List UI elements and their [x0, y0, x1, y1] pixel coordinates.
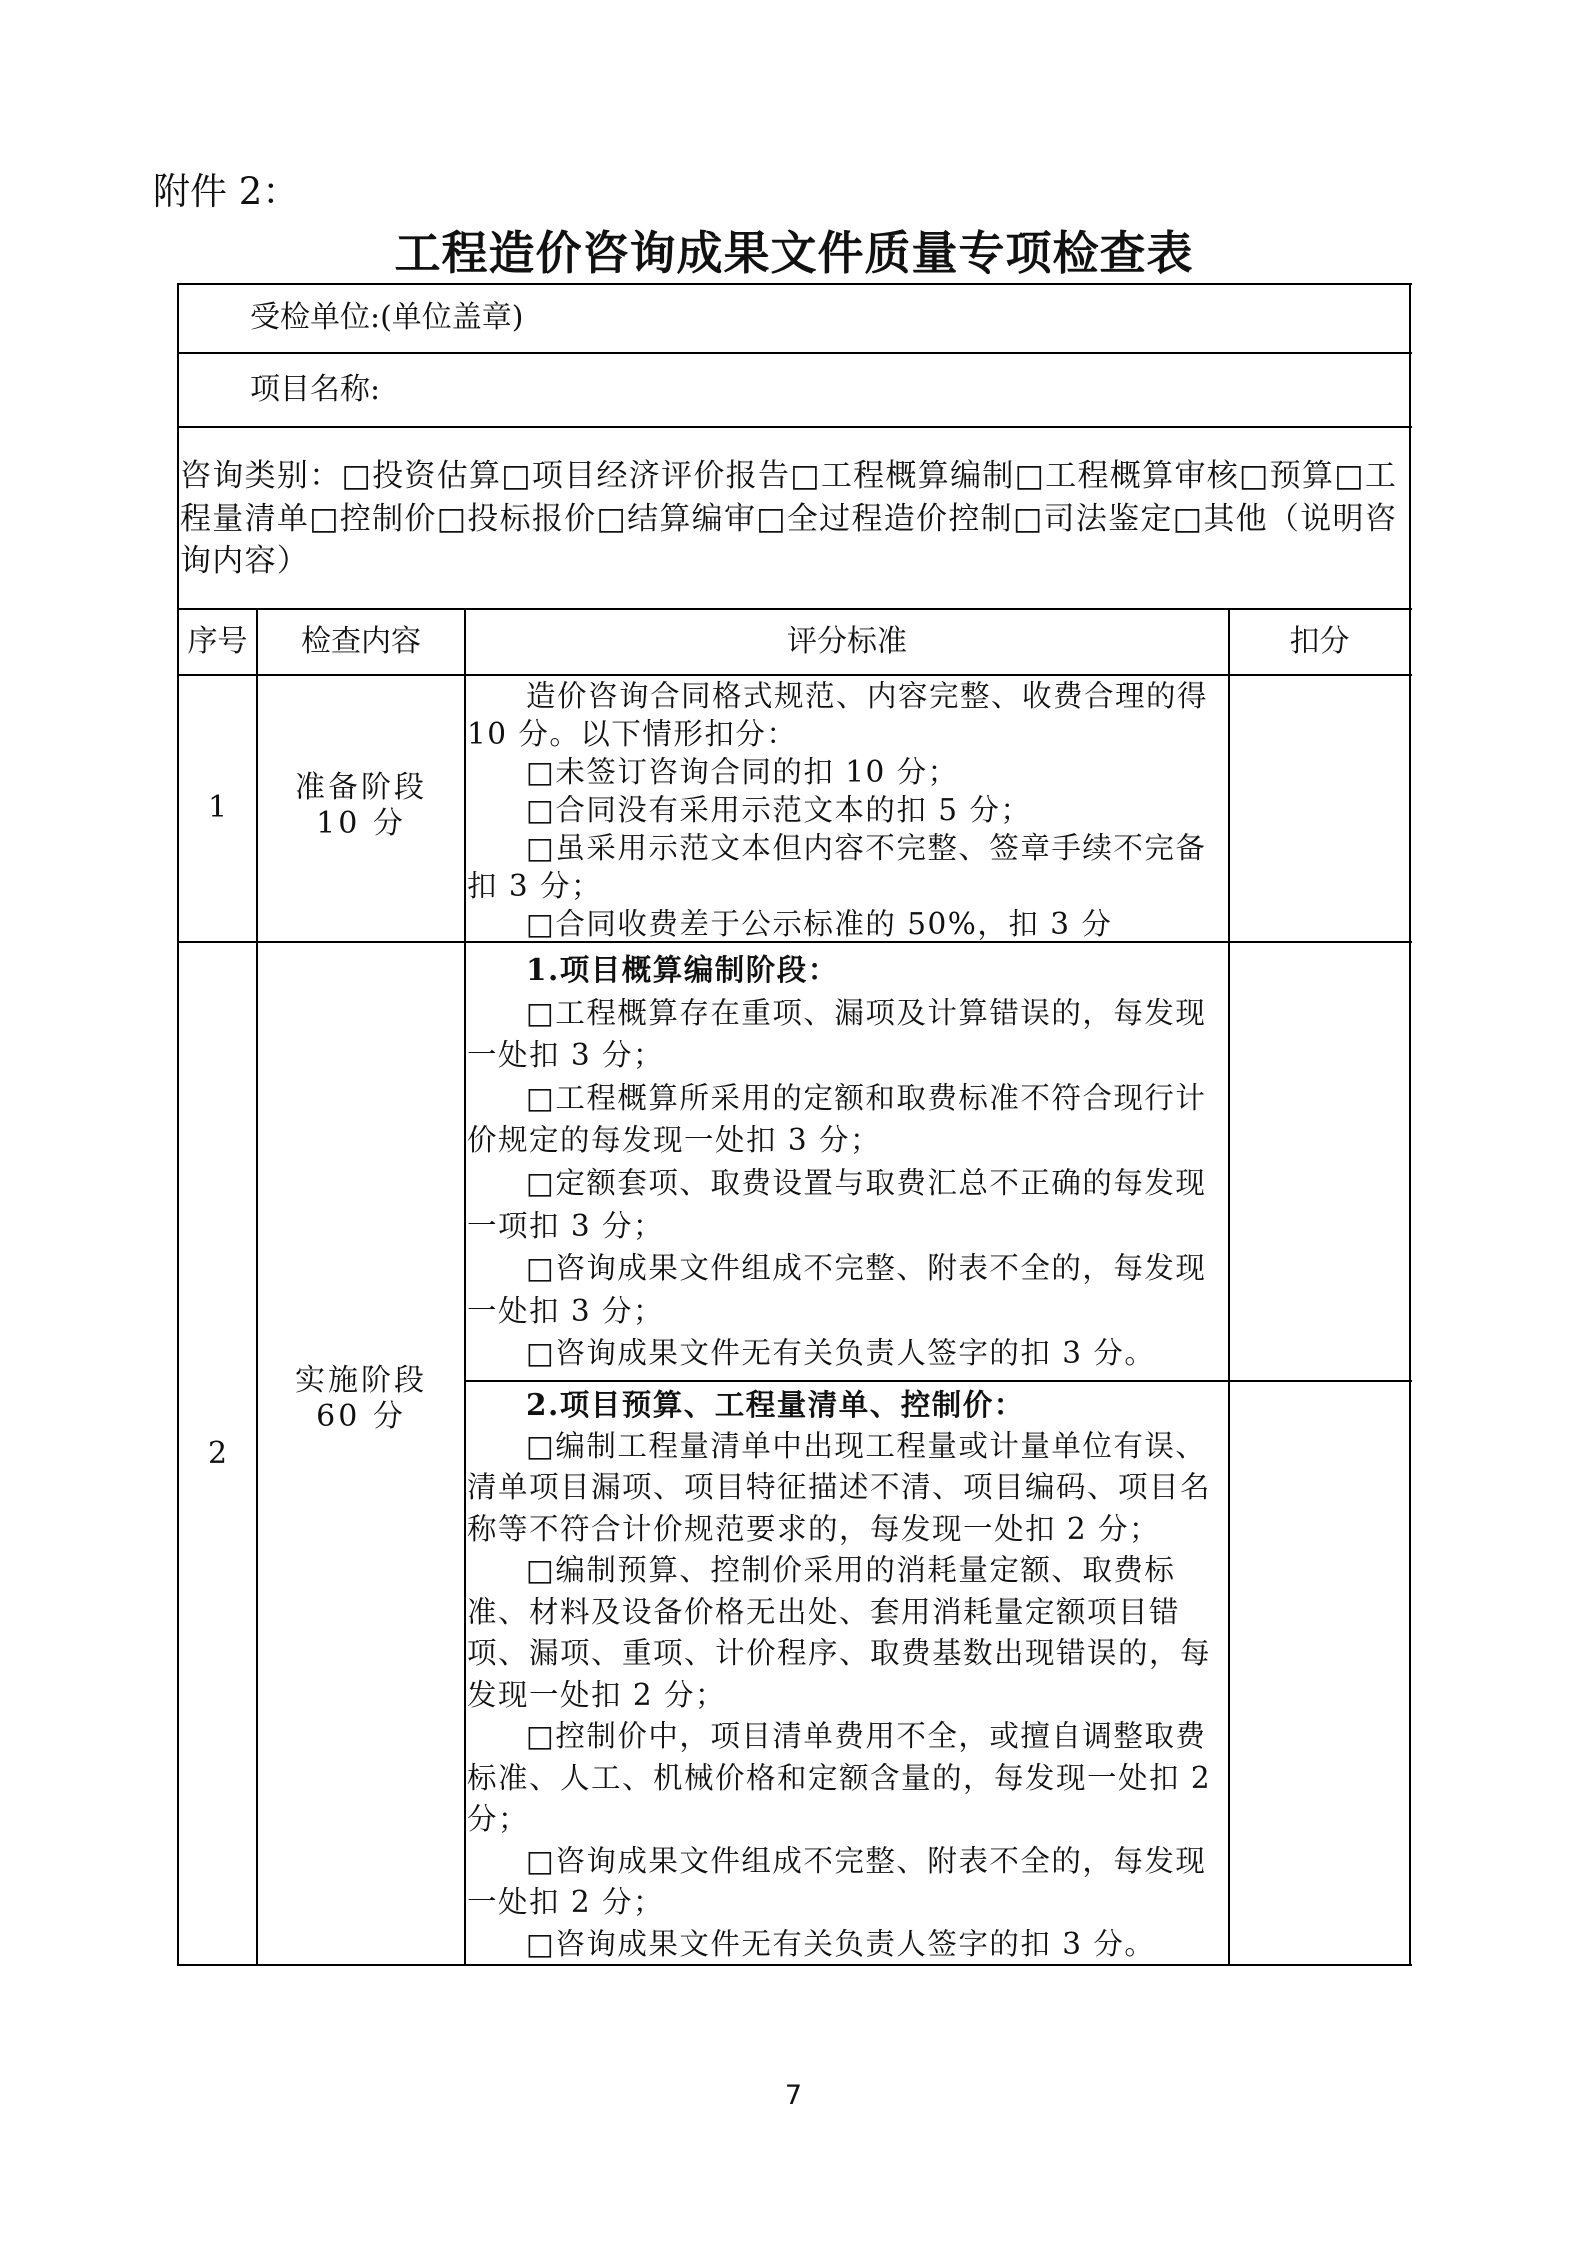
row-1-no: 1	[178, 790, 257, 826]
criteria-line: □定额套项、取费设置与取费汇总不正确的每发现一项扣 3 分；	[467, 1162, 1227, 1247]
row-2-section-1-deduction-input[interactable]	[1231, 944, 1408, 1380]
subrow-divider	[465, 1380, 1412, 1382]
column-divider	[1228, 608, 1230, 1966]
criteria-line: □工程概算所采用的定额和取费标准不符合现行计价规定的每发现一处扣 3 分；	[467, 1077, 1227, 1162]
column-header-item: 检查内容	[257, 609, 465, 675]
inspected-unit-label: 受检单位:(单位盖章)	[250, 300, 524, 336]
row-2-section-1-criteria: 1.项目概算编制阶段： □工程概算存在重项、漏项及计算错误的，每发现一处扣 3 …	[467, 949, 1227, 1375]
row-2-section-2-criteria: 2.项目预算、工程量清单、控制价： □编制工程量清单中出现工程量或计量单位有误、…	[467, 1384, 1227, 1965]
row-1-deduction-input[interactable]	[1231, 677, 1408, 940]
criteria-line: □咨询成果文件组成不完整、附表不全的，每发现一处扣 2 分；	[467, 1841, 1227, 1924]
row-divider	[178, 426, 1412, 428]
consult-category-options: 咨询类别：□投资估算□项目经济评价报告□工程概算编制□工程概算审核□预算□工程量…	[180, 455, 1406, 583]
row-2-no: 2	[178, 1436, 257, 1472]
row-1-item-score: 10 分	[257, 806, 465, 842]
row-divider	[178, 352, 1412, 354]
criteria-line: □虽采用示范文本但内容不完整、签章手续不完备扣 3 分；	[467, 829, 1227, 905]
row-2-section-2-deduction-input[interactable]	[1231, 1383, 1408, 1963]
column-header-no: 序号	[178, 609, 257, 675]
criteria-line: □合同收费差于公示标准的 50%，扣 3 分	[467, 905, 1227, 943]
document-title: 工程造价咨询成果文件质量专项检查表	[178, 224, 1410, 282]
criteria-line: 造价咨询合同格式规范、内容完整、收费合理的得10 分。以下情形扣分：	[467, 677, 1227, 753]
row-1-criteria: 造价咨询合同格式规范、内容完整、收费合理的得10 分。以下情形扣分： □未签订咨…	[467, 677, 1227, 943]
table-border-top	[178, 283, 1412, 285]
row-1-item-name: 准备阶段	[257, 770, 465, 806]
section-heading: 2.项目预算、工程量清单、控制价：	[467, 1384, 1227, 1426]
row-2-item-name: 实施阶段	[257, 1363, 465, 1399]
attachment-label: 附件 2：	[153, 168, 299, 216]
criteria-line: □编制预算、控制价采用的消耗量定额、取费标准、材料及设备价格无出处、套用消耗量定…	[467, 1550, 1227, 1716]
criteria-line: □工程概算存在重项、漏项及计算错误的，每发现一处扣 3 分；	[467, 992, 1227, 1077]
page-number: 7	[0, 2080, 1587, 2111]
criteria-line: □咨询成果文件无有关负责人签字的扣 3 分。	[467, 1924, 1227, 1966]
row-2-item-score: 60 分	[257, 1399, 465, 1435]
criteria-line: □咨询成果文件组成不完整、附表不全的，每发现一处扣 3 分；	[467, 1247, 1227, 1332]
criteria-line: □未签订咨询合同的扣 10 分；	[467, 753, 1227, 791]
criteria-line: □编制工程量清单中出现工程量或计量单位有误、清单项目漏项、项目特征描述不清、项目…	[467, 1426, 1227, 1551]
row-1-item: 准备阶段 10 分	[257, 770, 465, 842]
table-border-left	[177, 283, 179, 1966]
row-2-item: 实施阶段 60 分	[257, 1363, 465, 1435]
column-header-deduction: 扣分	[1229, 609, 1410, 675]
criteria-line: □合同没有采用示范文本的扣 5 分；	[467, 791, 1227, 829]
table-border-right	[1409, 283, 1411, 1966]
project-name-label: 项目名称:	[250, 372, 380, 408]
criteria-line: □咨询成果文件无有关负责人签字的扣 3 分。	[467, 1332, 1227, 1375]
section-heading: 1.项目概算编制阶段：	[467, 949, 1227, 992]
criteria-line: □控制价中，项目清单费用不全，或擅自调整取费标准、人工、机械价格和定额含量的，每…	[467, 1716, 1227, 1841]
column-header-criteria: 评分标准	[465, 609, 1229, 675]
